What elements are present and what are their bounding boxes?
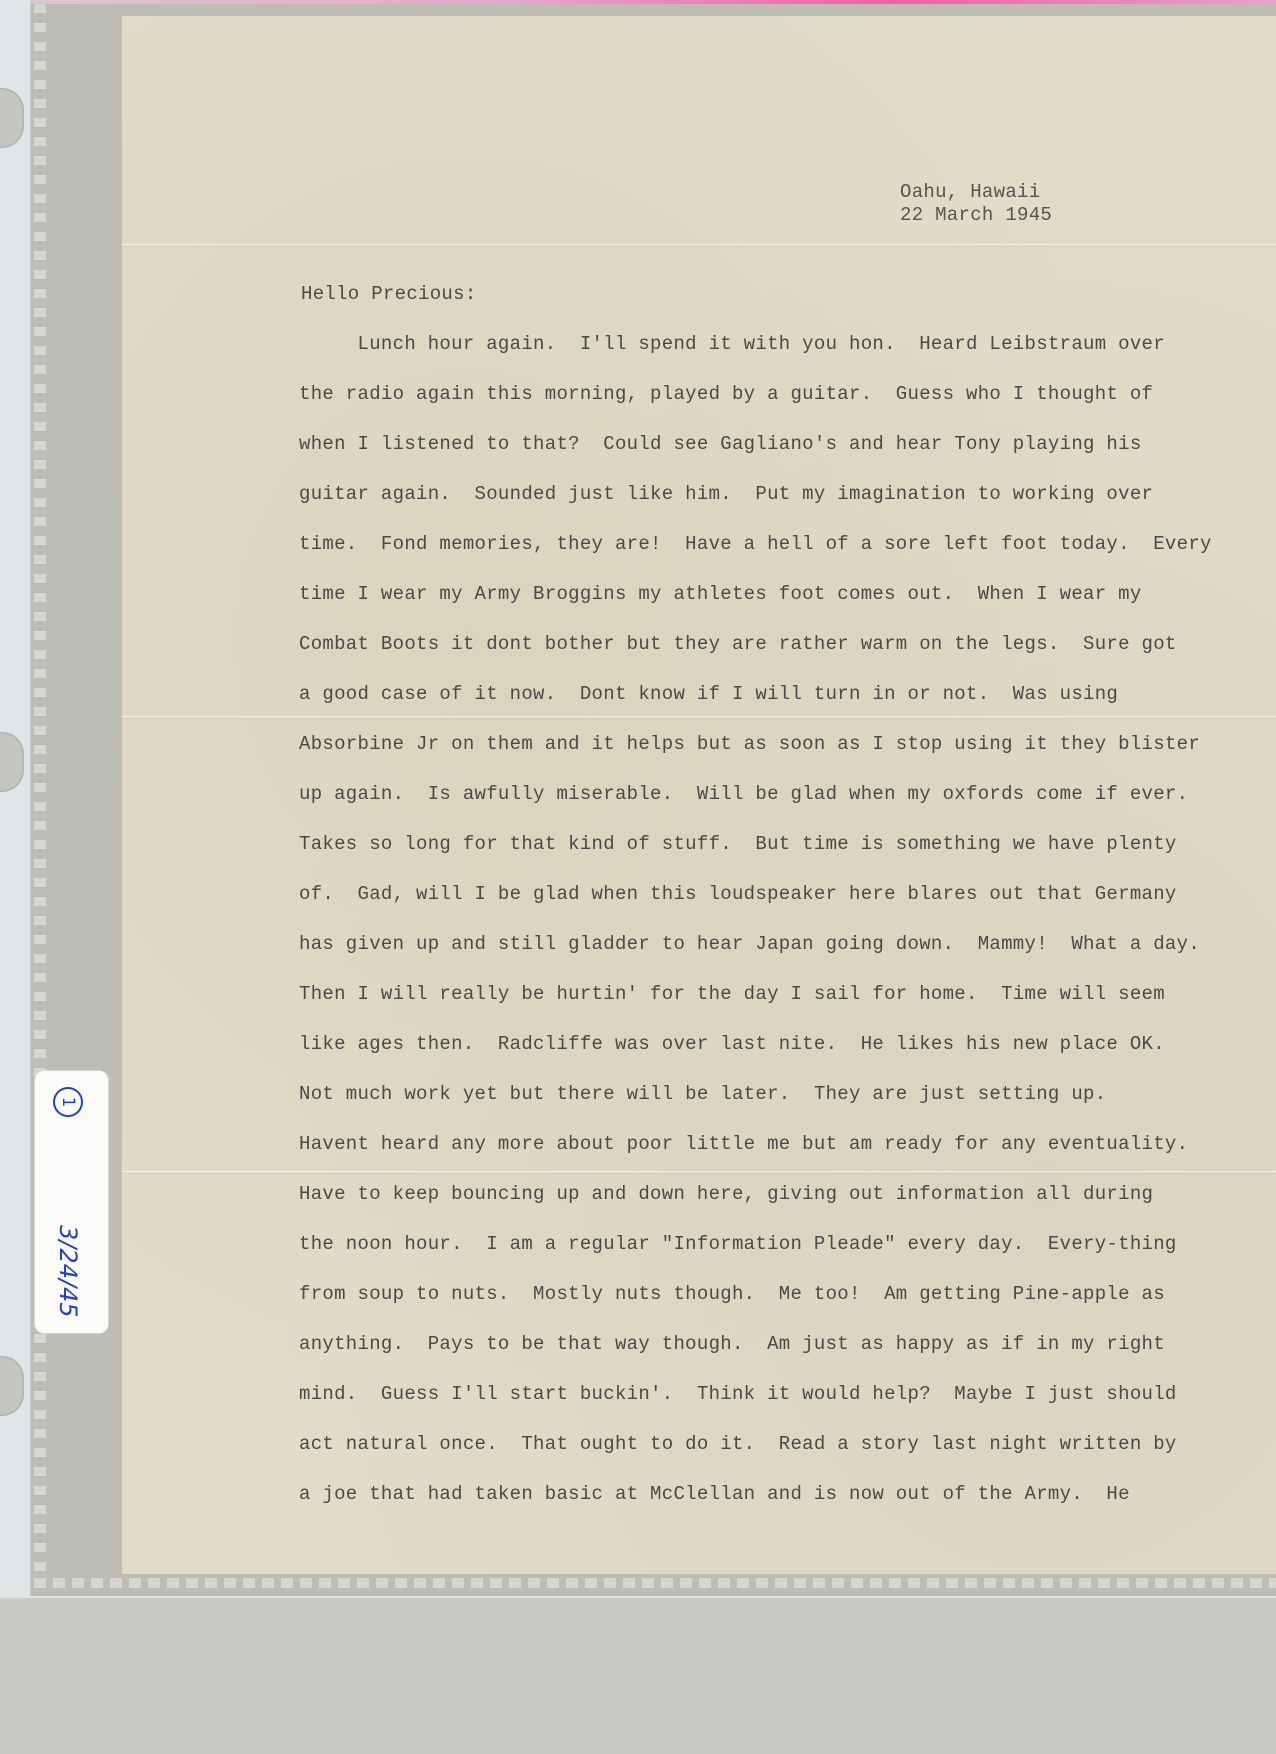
fold-crease: [122, 244, 1276, 247]
letter-line: Lunch hour again. I'll spend it with you…: [299, 333, 1165, 355]
letter-line: Then I will really be hurtin' for the da…: [299, 983, 1165, 1005]
letter-line: the radio again this morning, played by …: [299, 383, 1153, 405]
binder-hole-icon: [0, 1356, 24, 1416]
sleeve-perforation-vertical: [34, 4, 46, 1579]
binder-hole-icon: [0, 732, 24, 792]
letter-heading: Oahu, Hawaii22 March 1945: [900, 181, 1052, 227]
letter-line: Absorbine Jr on them and it helps but as…: [299, 733, 1200, 755]
letter-salutation: Hello Precious:: [301, 283, 477, 305]
letter-line: the noon hour. I am a regular "Informati…: [299, 1233, 1177, 1255]
letter-line: Not much work yet but there will be late…: [299, 1083, 1106, 1105]
letter-line: mind. Guess I'll start buckin'. Think it…: [299, 1383, 1177, 1405]
letter-line: up again. Is awfully miserable. Will be …: [299, 783, 1188, 805]
letter-line: Havent heard any more about poor little …: [299, 1133, 1188, 1155]
handwritten-date: 3/24/45: [54, 1225, 82, 1315]
letter-line: from soup to nuts. Mostly nuts though. M…: [299, 1283, 1165, 1305]
letter-line: a joe that had taken basic at McClellan …: [299, 1483, 1130, 1505]
binder-strip: [0, 0, 31, 1596]
letter-line: time I wear my Army Broggins my athletes…: [299, 583, 1142, 605]
letter-place: Oahu, Hawaii: [900, 181, 1052, 204]
letter-line: time. Fond memories, they are! Have a he…: [299, 533, 1212, 555]
letter-line: Takes so long for that kind of stuff. Bu…: [299, 833, 1177, 855]
letter-line: like ages then. Radcliffe was over last …: [299, 1033, 1165, 1055]
sleeve-bottom-edge: [0, 1596, 1276, 1598]
letter-page: Oahu, Hawaii22 March 1945 Hello Precious…: [122, 16, 1276, 1574]
letter-line: Have to keep bouncing up and down here, …: [299, 1183, 1153, 1205]
page-number-circle: 1: [53, 1087, 83, 1117]
binder-hole-icon: [0, 88, 24, 148]
letter-line: guitar again. Sounded just like him. Put…: [299, 483, 1153, 505]
letter-line: when I listened to that? Could see Gagli…: [299, 433, 1142, 455]
letter-line: anything. Pays to be that way though. Am…: [299, 1333, 1165, 1355]
letter-date: 22 March 1945: [900, 204, 1052, 227]
archive-label-sticker: 1 3/24/45: [35, 1071, 108, 1333]
letter-line: act natural once. That ought to do it. R…: [299, 1433, 1177, 1455]
letter-line: has given up and still gladder to hear J…: [299, 933, 1200, 955]
letter-line: a good case of it now. Dont know if I wi…: [299, 683, 1118, 705]
sleeve-perforation-horizontal: [34, 1578, 1276, 1588]
fold-crease: [122, 716, 1276, 719]
fold-crease: [122, 1171, 1276, 1174]
letter-line: Combat Boots it dont bother but they are…: [299, 633, 1177, 655]
letter-line: of. Gad, will I be glad when this loudsp…: [299, 883, 1177, 905]
